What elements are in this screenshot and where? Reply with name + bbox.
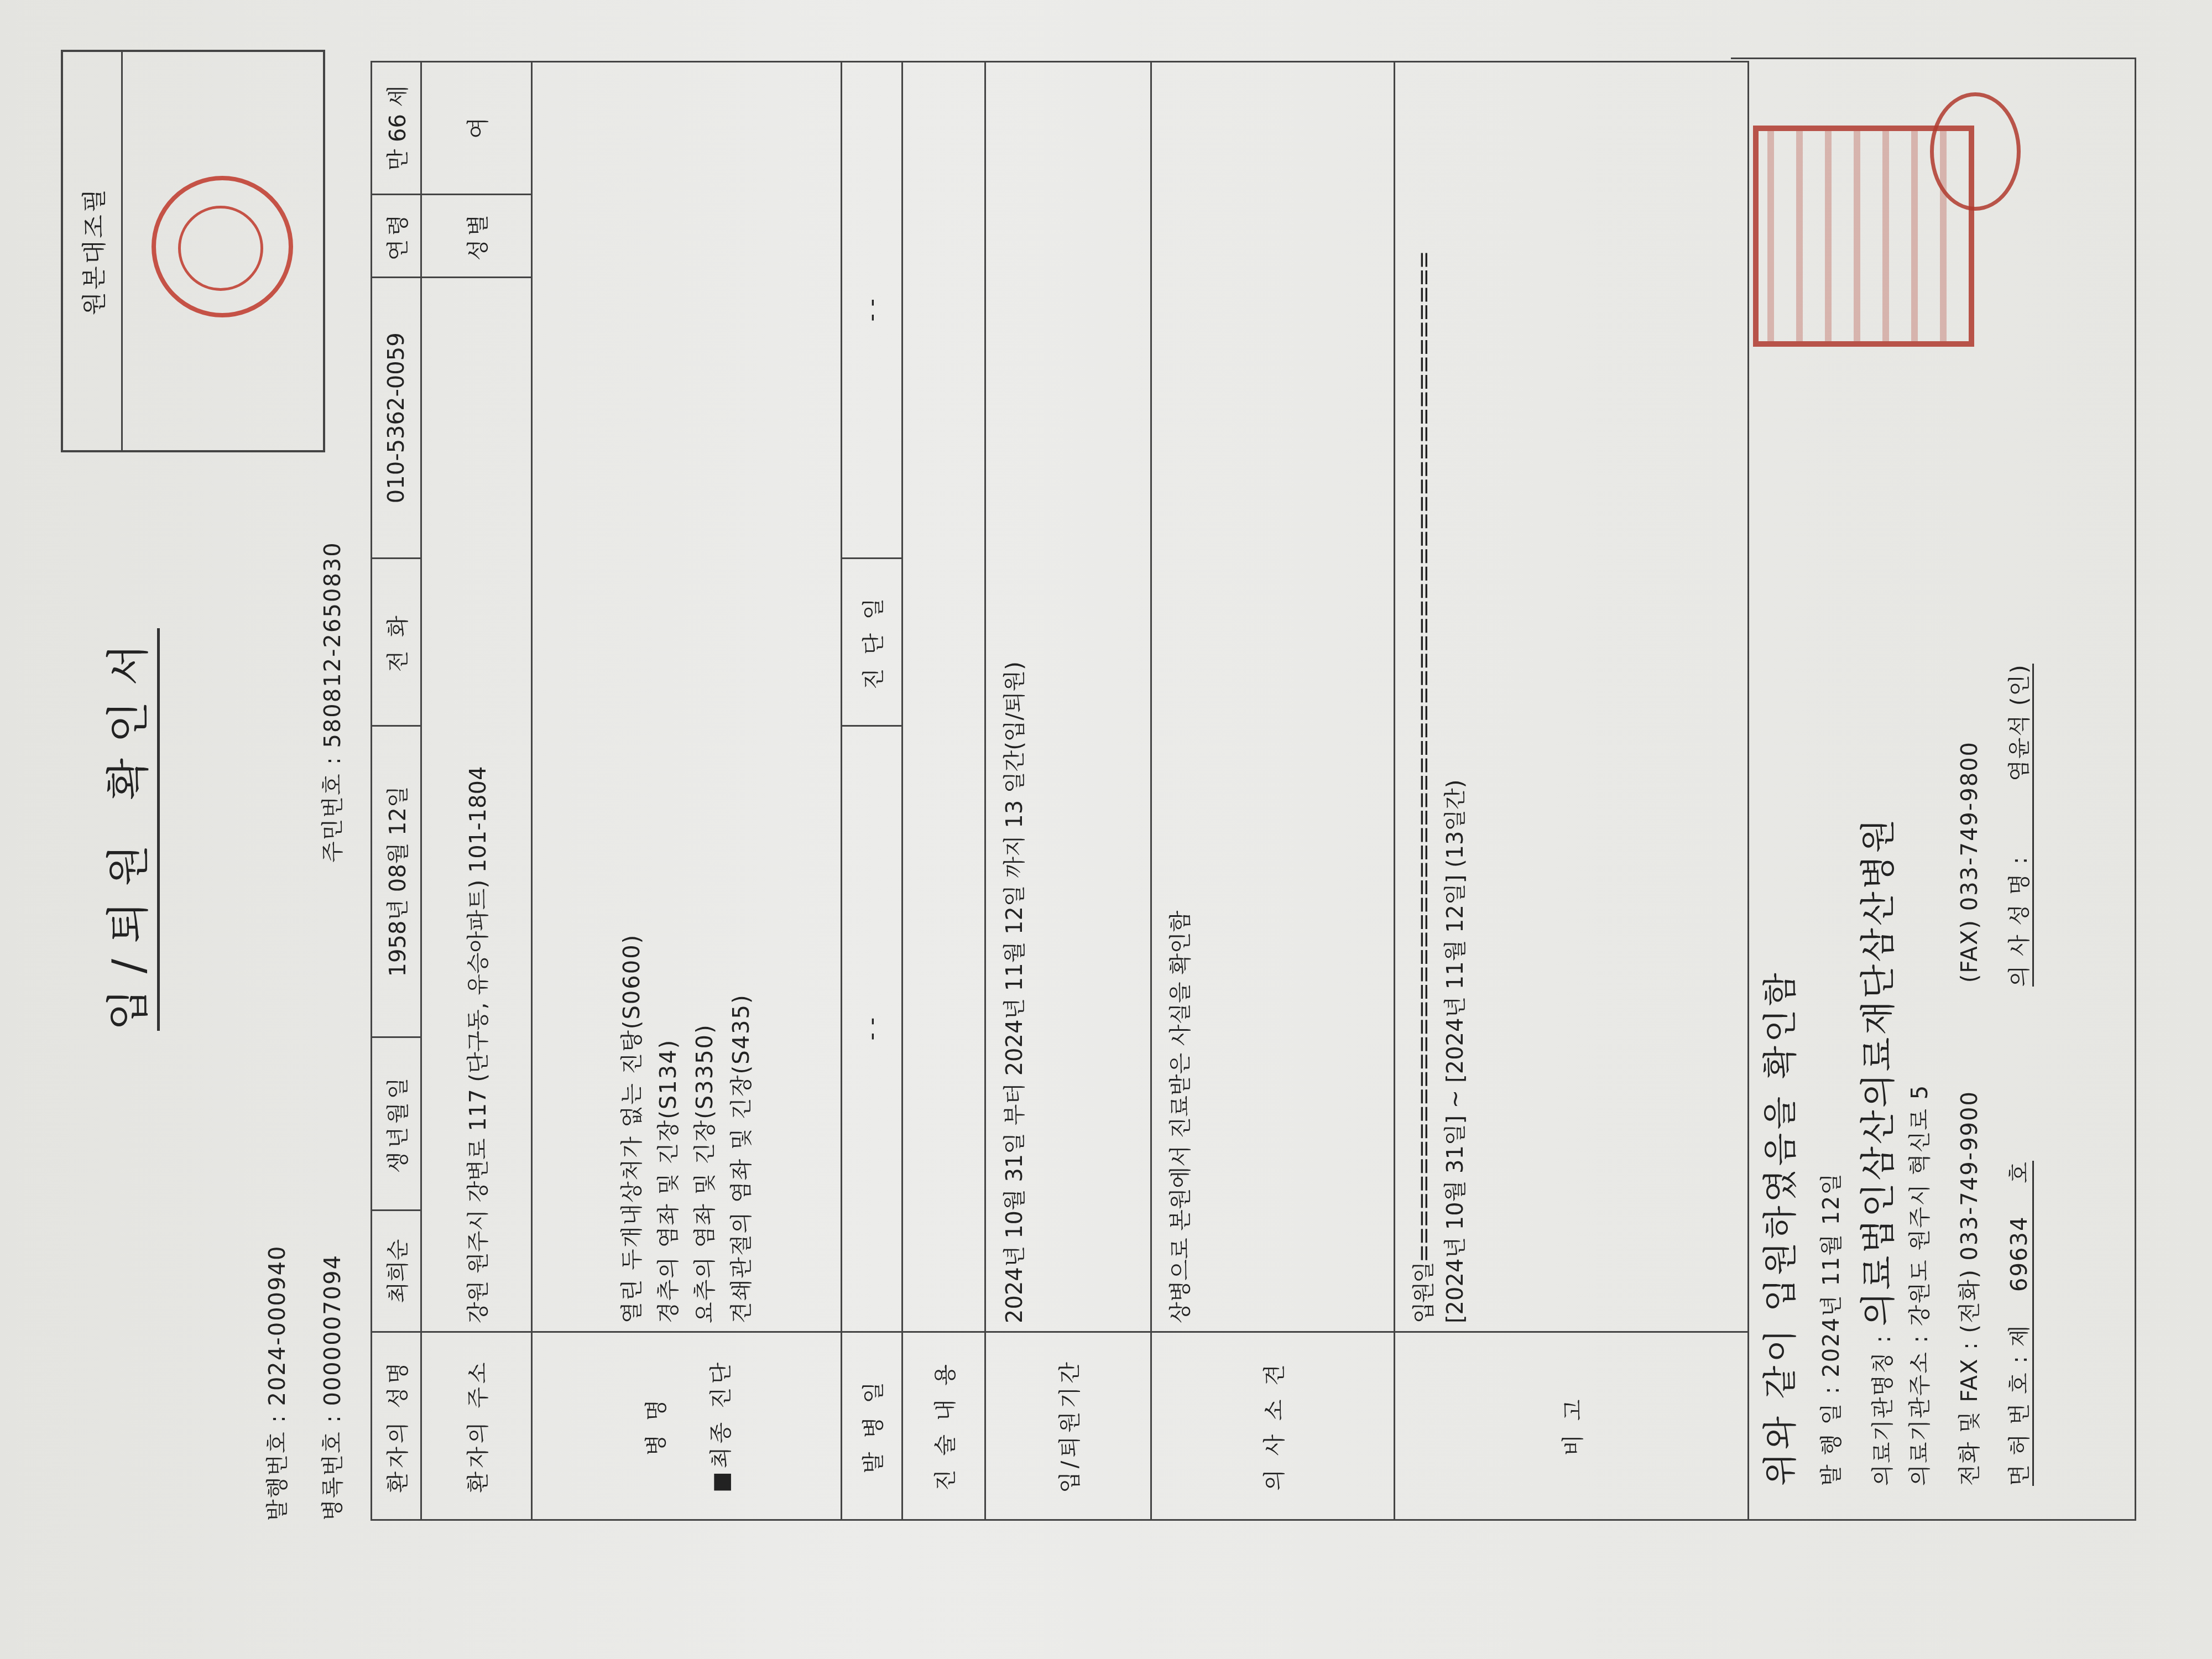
row-surgery: 진 술 내 용 xyxy=(902,62,985,1520)
row-opinion: 의 사 소 견 상병으로 본원에서 진료받은 사실을 확인함 xyxy=(1151,62,1395,1520)
resident-number: 주민번호 : 580812-2650830 xyxy=(315,541,347,863)
patient-address: 강원 원주시 강변로 117 (단구동, 유승아파트) 101-1804 xyxy=(421,278,532,1332)
diagnosis-date: - - xyxy=(842,62,902,559)
surgery-content xyxy=(902,62,985,1332)
original-check-box: 원본대조필 xyxy=(61,50,325,452)
row-remarks: 비 고 입원일=================================… xyxy=(1395,62,1749,1520)
row-diagnosis: 병 명 ■최종 진단 열린 두개내상처가 없는 진탕(S0600) 경추의 염좌… xyxy=(532,62,842,1520)
certificate-page: 입/퇴원 확인서 원본대조필 발행번호 : 2024-000940 병록번호 :… xyxy=(28,28,2184,1631)
hospital-name: 의료기관명칭 : 의료법인삼산의료재단삼산병원 xyxy=(1850,817,1901,1486)
license-number: 면 허 번 호 : 제 69634 호 의 사 성 명 : 염윤석 (인) xyxy=(2002,664,2033,1486)
row-onset: 발 병 일 - - 진 단 일 - - xyxy=(842,62,902,1520)
certificate-table: 환자의 성명 최희순 생년월일 1958년 08월 12일 전 화 010-53… xyxy=(371,61,1749,1521)
issue-number: 발행번호 : 2024-000940 xyxy=(260,1245,291,1521)
hospital-address: 의료기관주소 : 강원도 원주시 혁신로 5 xyxy=(1902,1084,1934,1486)
onset-date: - - xyxy=(842,726,902,1332)
confirm-statement: 위와 같이 입원하였음을 확인함 xyxy=(1753,969,1802,1486)
patient-age: 만 66 세 xyxy=(372,62,421,195)
issue-date: 발 행 일 : 2024년 11월 12일 xyxy=(1814,1172,1845,1486)
doctor-opinion: 상병으로 본원에서 진료받은 사실을 확인함 xyxy=(1151,62,1395,1332)
record-number: 병록번호 : 0000007094 xyxy=(315,1254,347,1521)
row-patient-address: 환자의 주소 강원 원주시 강변로 117 (단구동, 유승아파트) 101-1… xyxy=(421,62,532,1520)
doctor-seal-icon xyxy=(1930,92,2021,211)
diagnosis-list: 열린 두개내상처가 없는 진탕(S0600) 경추의 염좌 및 긴장(S134)… xyxy=(532,62,842,1332)
hospital-round-seal-icon xyxy=(152,176,293,317)
patient-name: 최희순 xyxy=(372,1211,421,1332)
doctor-name: 염윤석 xyxy=(2007,714,2032,781)
row-patient-name: 환자의 성명 최희순 생년월일 1958년 08월 12일 전 화 010-53… xyxy=(372,62,421,1520)
certificate-footer: 위와 같이 입원하였음을 확인함 발 행 일 : 2024년 11월 12일 의… xyxy=(1731,58,2136,1521)
patient-birth: 1958년 08월 12일 xyxy=(372,726,421,1037)
patient-phone: 010-5362-0059 xyxy=(372,278,421,559)
row-period: 입/퇴원기간 2024년 10월 31일 부터 2024년 11월 12일 까지… xyxy=(985,62,1151,1520)
remarks-content: 입원일=====================================… xyxy=(1395,62,1749,1332)
original-check-label: 원본대조필 xyxy=(63,52,123,450)
patient-sex: 여 xyxy=(421,62,532,195)
admission-period: 2024년 10월 31일 부터 2024년 11월 12일 까지 13 일간(… xyxy=(985,62,1151,1332)
hospital-contact: 전화 및 FAX : (전화) 033-749-9900 (FAX) 033-7… xyxy=(1952,741,1984,1486)
